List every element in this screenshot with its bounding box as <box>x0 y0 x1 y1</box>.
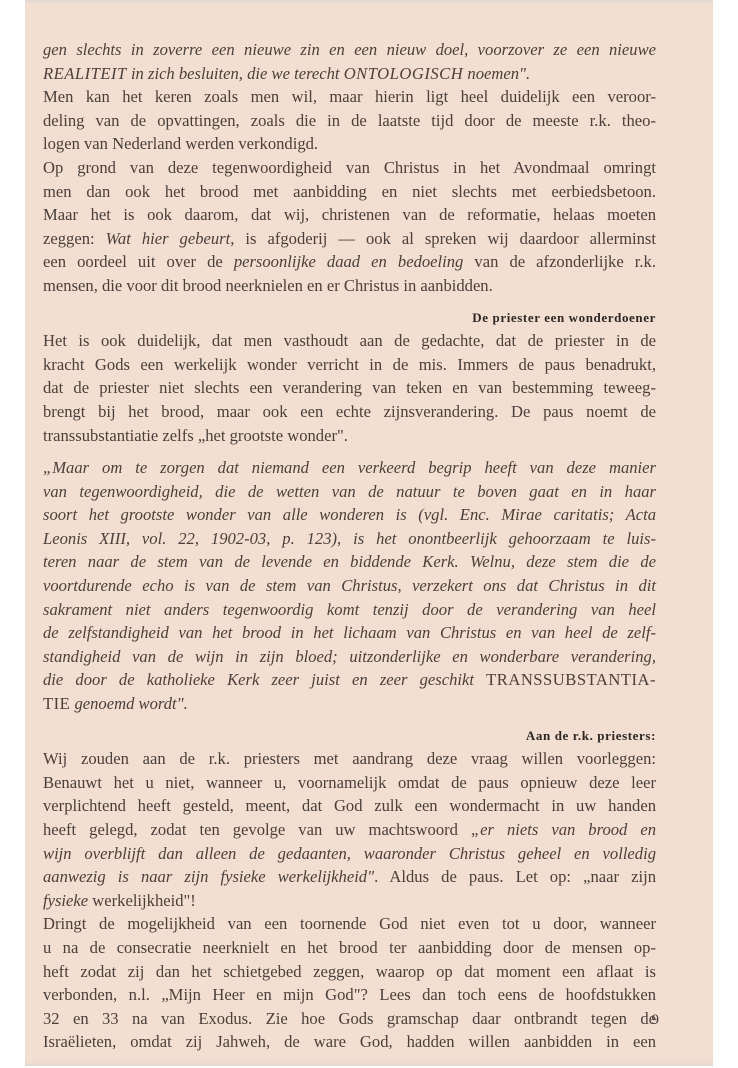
text-line: Benauwt het u niet, wanneer u, voornamel… <box>43 771 656 795</box>
text-run: werkelijkheid"! <box>88 891 196 910</box>
block-quote: „Maar om te zorgen dat niemand een verke… <box>43 456 656 716</box>
paragraph: Het is ook duidelijk, dat men vasthoudt … <box>43 329 656 447</box>
emphasis-caps: REALITEIT <box>43 64 127 83</box>
text-line: brengt bij het brood, maar ook een echte… <box>43 400 656 424</box>
emphasis-italic: aanwezig is naar zijn fysieke werkelijkh… <box>43 867 374 886</box>
text-line: fysieke werkelijkheid"! <box>43 889 656 913</box>
emphasis-caps: TIE <box>43 694 70 713</box>
paragraph: Op grond van deze tegenwoordigheid van C… <box>43 156 656 298</box>
text-run: een oordeel uit over de <box>43 252 234 271</box>
text-line: logen van Nederland werden verkondigd. <box>43 132 656 156</box>
text-line: Op grond van deze tegenwoordigheid van C… <box>43 156 656 180</box>
emphasis-italic: Wat hier gebeurt, <box>106 229 235 248</box>
text-line: zeggen: Wat hier gebeurt, is afgoderij —… <box>43 227 656 251</box>
text-line: TIE genoemd wordt". <box>43 692 656 716</box>
text-line: 32 en 33 na van Exodus. Zie hoe Gods gra… <box>43 1007 656 1031</box>
section-heading: Aan de r.k. priesters: <box>43 724 656 748</box>
paragraph: Wij zouden aan de r.k. priesters met aan… <box>43 747 656 912</box>
text-line: „Maar om te zorgen dat niemand een verke… <box>43 456 656 480</box>
book-page: gen slechts in zoverre een nieuwe zin en… <box>25 0 713 1066</box>
emphasis-caps: ONTOLOGISCH <box>344 64 464 83</box>
text-line: de zelfstandigheid van het brood in het … <box>43 621 656 645</box>
page-number: 9 <box>645 1012 659 1029</box>
emphasis-italic: persoonlijke daad en bedoeling <box>234 252 464 271</box>
text-line: een oordeel uit over de persoonlijke daa… <box>43 250 656 274</box>
text-line: u na de consecratie neerknielt en het br… <box>43 936 656 960</box>
text-line: aanwezig is naar zijn fysieke werkelijkh… <box>43 865 656 889</box>
text-line: standigheid van de wijn in zijn bloed; u… <box>43 645 656 669</box>
text-line: heft zodat zij dan het schietgebed zegge… <box>43 960 656 984</box>
text-line: transsubstantiatie zelfs „het grootste w… <box>43 424 656 448</box>
text-run: in zich besluiten, die we terecht <box>127 64 344 83</box>
text-line: verbonden, n.l. „Mijn Heer en mijn God"?… <box>43 983 656 1007</box>
quote-continuation: gen slechts in zoverre een nieuwe zin en… <box>43 38 656 85</box>
text-line: Men kan het keren zoals men wil, maar hi… <box>43 85 656 109</box>
text-line: Leonis XIII, vol. 22, 1902-03, p. 123), … <box>43 527 656 551</box>
text-line: Israëlieten, omdat zij Jahweh, de ware G… <box>43 1030 656 1054</box>
text-run: van de afzonderlijke r.k. <box>463 252 656 271</box>
spacer <box>43 447 656 456</box>
page-body: gen slechts in zoverre een nieuwe zin en… <box>43 38 656 1054</box>
text-line: teren naar de stem van de levende en bid… <box>43 550 656 574</box>
text-line: soort het grootste wonder van alle wonde… <box>43 503 656 527</box>
text-line: men dan ook het brood met aanbidding en … <box>43 180 656 204</box>
text-line: Het is ook duidelijk, dat men vasthoudt … <box>43 329 656 353</box>
text-run: die door de katholieke Kerk zeer juist e… <box>43 670 486 689</box>
text-run: noemen". <box>463 64 530 83</box>
emphasis-italic: fysieke <box>43 891 88 910</box>
text-line: Maar het is ook daarom, dat wij, christe… <box>43 203 656 227</box>
text-run: . Aldus de paus. Let op: „naar zijn <box>374 867 656 886</box>
text-line: gen slechts in zoverre een nieuwe zin en… <box>43 38 656 62</box>
text-line: die door de katholieke Kerk zeer juist e… <box>43 668 656 692</box>
section-heading: De priester een wonderdoener <box>43 306 656 330</box>
text-line: voortdurende echo is van de stem van Chr… <box>43 574 656 598</box>
text-line: REALITEIT in zich besluiten, die we tere… <box>43 62 656 86</box>
text-line: Wij zouden aan de r.k. priesters met aan… <box>43 747 656 771</box>
text-run: heeft gelegd, zodat ten gevolge van uw m… <box>43 820 471 839</box>
emphasis-italic: „er niets van brood en <box>471 820 656 839</box>
text-line: van tegenwoordigheid, die de wetten van … <box>43 480 656 504</box>
text-line: wijn overblijft dan alleen de gedaanten,… <box>43 842 656 866</box>
text-line: dat de priester niet slechts een verande… <box>43 376 656 400</box>
text-run: genoemd wordt". <box>70 694 187 713</box>
emphasis-caps: TRANSSUBSTANTIA- <box>486 670 656 689</box>
text-line: Dringt de mogelijkheid van een toornende… <box>43 912 656 936</box>
text-line: heeft gelegd, zodat ten gevolge van uw m… <box>43 818 656 842</box>
text-line: mensen, die voor dit brood neerknielen e… <box>43 274 656 298</box>
text-run: is afgoderij — ook al spreken wij daardo… <box>234 229 656 248</box>
text-line: verplichtend heeft gesteld, meent, dat G… <box>43 794 656 818</box>
paragraph: Dringt de mogelijkheid van een toornende… <box>43 912 656 1054</box>
text-run: zeggen: <box>43 229 106 248</box>
paragraph: Men kan het keren zoals men wil, maar hi… <box>43 85 656 156</box>
text-line: kracht Gods een werkelijk wonder verrich… <box>43 353 656 377</box>
text-line: deling van de opvattingen, zoals die in … <box>43 109 656 133</box>
text-line: sakrament niet anders tegenwoordig komt … <box>43 598 656 622</box>
